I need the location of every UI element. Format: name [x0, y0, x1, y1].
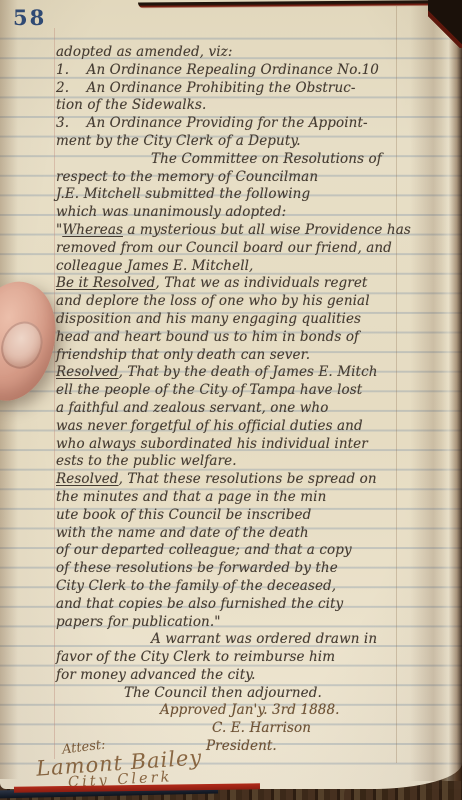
manuscript-line: a faithful and zealous servant, one who	[56, 400, 452, 418]
manuscript-line: favor of the City Clerk to reimburse him	[56, 649, 452, 667]
manuscript-line: C. E. Harrison	[56, 720, 452, 738]
manuscript-line: "Whereas a mysterious but all wise Provi…	[56, 222, 452, 240]
manuscript-line: adopted as amended, viz:	[56, 44, 452, 62]
manuscript-line: 3. An Ordinance Providing for the Appoin…	[56, 115, 452, 133]
manuscript-line: head and heart bound us to him in bonds …	[56, 329, 452, 347]
manuscript-line: was never forgetful of his official duti…	[56, 418, 452, 436]
manuscript-line: the minutes and that a page in the min	[56, 489, 452, 507]
manuscript: adopted as amended, viz:1. An Ordinance …	[56, 44, 452, 756]
manuscript-line: and deplore the loss of one who by his g…	[56, 293, 452, 311]
manuscript-line: Resolved, That by the death of James E. …	[56, 364, 452, 382]
manuscript-line: disposition and his many engaging qualit…	[56, 311, 452, 329]
manuscript-line: Be it Resolved, That we as individuals r…	[56, 275, 452, 293]
manuscript-line: The Council then adjourned.	[56, 685, 452, 703]
ledger-page: 58 adopted as amended, viz:1. An Ordinan…	[0, 0, 462, 789]
manuscript-line: who always subordinated his individual i…	[56, 436, 452, 454]
ledger-photo: 58 adopted as amended, viz:1. An Ordinan…	[0, 0, 462, 800]
manuscript-line: for money advanced the city.	[56, 667, 452, 685]
manuscript-line: Resolved, That these resolutions be spre…	[56, 471, 452, 489]
manuscript-line: Approved Jan'y. 3rd 1888.	[56, 702, 452, 720]
manuscript-line: which was unanimously adopted:	[56, 204, 452, 222]
manuscript-line: tion of the Sidewalks.	[56, 97, 452, 115]
manuscript-line: City Clerk to the family of the deceased…	[56, 578, 452, 596]
manuscript-line: J.E. Mitchell submitted the following	[56, 186, 452, 204]
manuscript-line: papers for publication."	[56, 614, 452, 632]
manuscript-line: colleague James E. Mitchell,	[56, 258, 452, 276]
manuscript-line: ute book of this Council be inscribed	[56, 507, 452, 525]
manuscript-line: ell the people of the City of Tampa have…	[56, 382, 452, 400]
manuscript-line: ment by the City Clerk of a Deputy.	[56, 133, 452, 151]
manuscript-line: friendship that only death can sever.	[56, 347, 452, 365]
manuscript-line: 1. An Ordinance Repealing Ordinance No.1…	[56, 62, 452, 80]
page-number: 58	[13, 5, 46, 30]
manuscript-line: respect to the memory of Councilman	[56, 169, 452, 187]
manuscript-line: with the name and date of the death	[56, 525, 452, 543]
manuscript-line: of these resolutions be forwarded by the	[56, 560, 452, 578]
manuscript-line: ests to the public welfare.	[56, 453, 452, 471]
manuscript-line: 2. An Ordinance Prohibiting the Obstruc-	[56, 80, 452, 98]
manuscript-line: of our departed colleague; and that a co…	[56, 542, 452, 560]
manuscript-line: and that copies be also furnished the ci…	[56, 596, 452, 614]
margin-line	[54, 28, 55, 759]
manuscript-line: removed from our Council board our frien…	[56, 240, 452, 258]
manuscript-line: The Committee on Resolutions of	[56, 151, 452, 169]
manuscript-line: A warrant was ordered drawn in	[56, 631, 452, 649]
